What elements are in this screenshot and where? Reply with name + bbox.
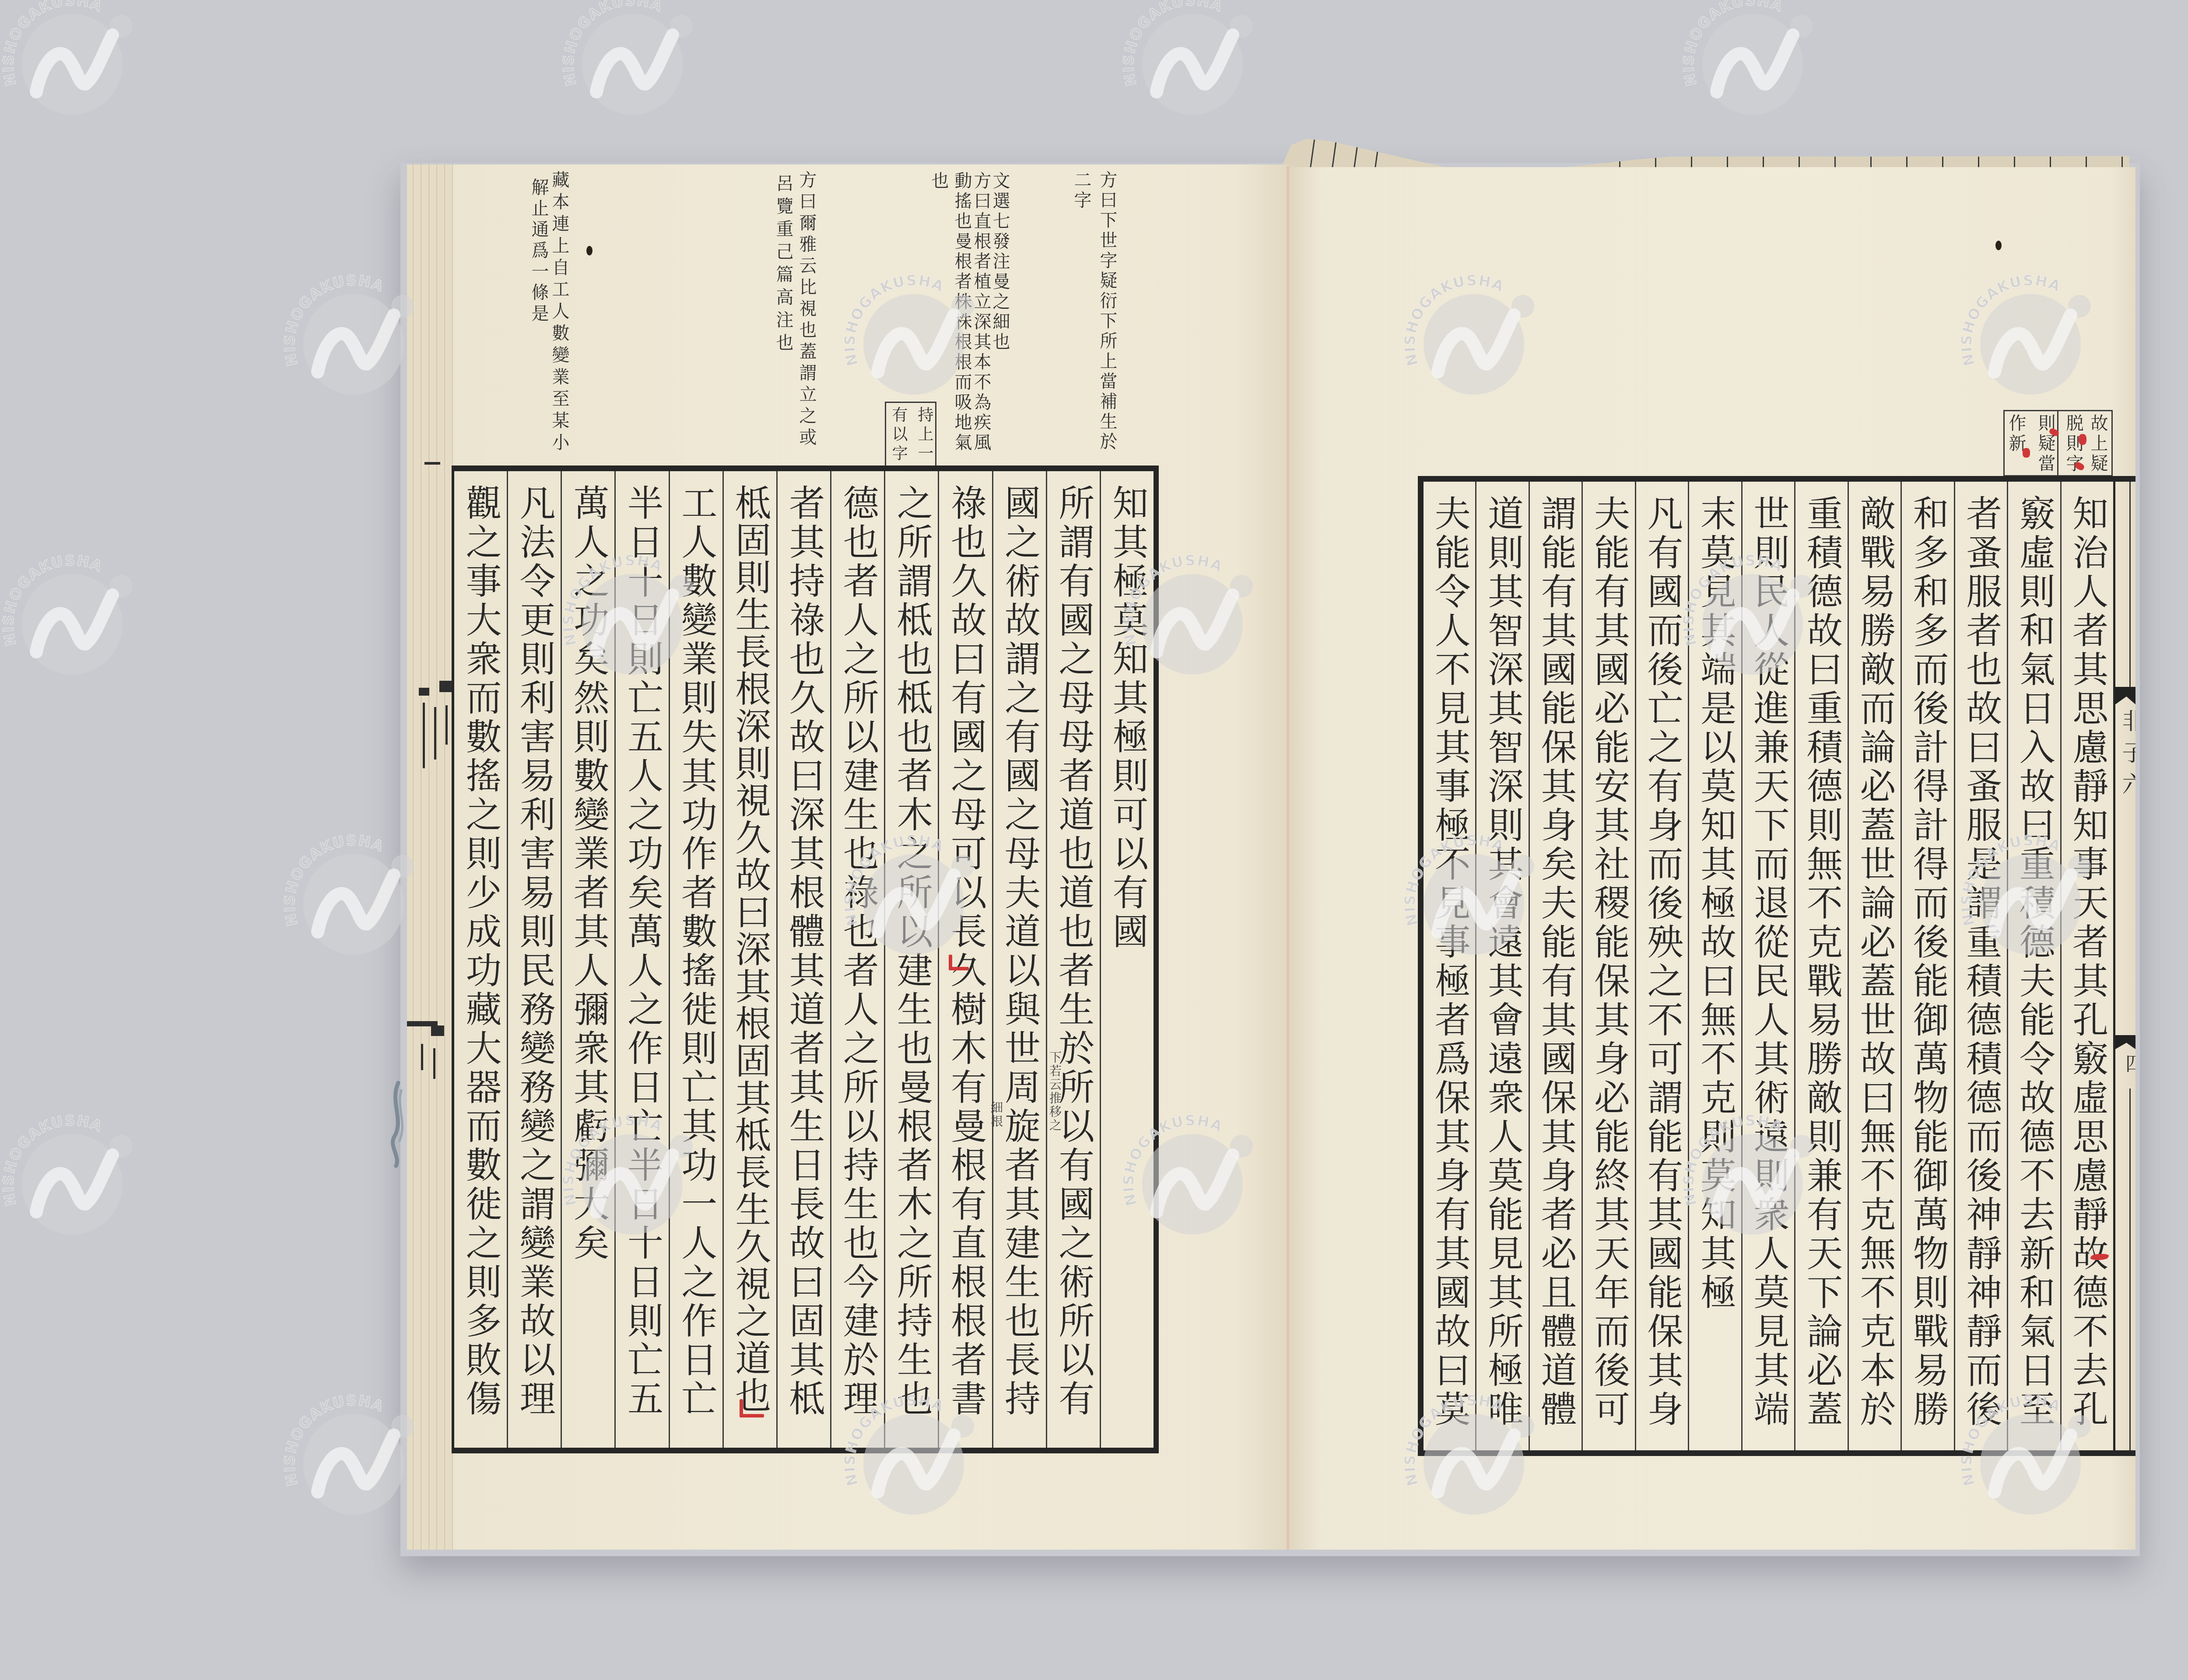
column-text: 重積德故曰重積德則無不克戰易勝敵則兼有天下論必蓋: [1803, 482, 1839, 1429]
column-text: 柢固則生長根深則視久故曰深其根固其柢長生久視之道也: [732, 471, 768, 1414]
right-column-8: 末莫見其端是以莫知其極故曰無不克則莫知其極: [1688, 482, 1741, 1450]
left-column-8: 柢固則生長根深則視久故曰深其根固其柢長生久視之道也: [722, 471, 776, 1448]
headnote-column: 也: [930, 171, 947, 192]
fold-margin-leaf-number: 四: [2123, 1053, 2135, 1073]
column-text: 和多和多而後計得計得而後能御萬物能御萬物則戰易勝: [1910, 482, 1946, 1429]
red-correction-mark: [740, 1414, 764, 1417]
banxin-text-mark: [434, 707, 436, 759]
watermark-logo: [560, 0, 693, 115]
column-text: 敵戰易勝敵而論必蓋世論必蓋世故曰無不克無不克本於: [1857, 482, 1893, 1429]
banxin-text-mark: [445, 705, 448, 745]
left-column-13: 觀之事大衆而數搖之則少成功藏大器而數徙之則多敗傷: [454, 471, 507, 1448]
interlinear-note: 下若云推移之: [1048, 1051, 1061, 1132]
right-column-4: 和多和多而後計得計得而後能御萬物能御萬物則戰易勝: [1900, 482, 1953, 1450]
column-text: 半日十日則亡五人之功矣萬人之作日亡半日十日則亡五: [624, 471, 660, 1419]
fishtail-mark: [419, 688, 429, 696]
watermark-logo: [1120, 0, 1253, 115]
watermark-logo: [1680, 0, 1813, 115]
headnote-column: 動搖也曼根者株株根根而吸地氣: [953, 171, 971, 453]
column-text: 所謂有國之母母者道也道也者生於所以有國之術所以有: [1055, 471, 1091, 1419]
right-text-frame: 知治人者其思慮靜知事天者其孔竅虛思慮靜故德不去孔 竅虛則和氣日入故曰重積德夫能令…: [1418, 476, 2115, 1456]
torn-leaf-corner: [1281, 133, 1443, 170]
ruled-line: [1332, 137, 1337, 168]
fold-margin-title: 非子六: [2120, 709, 2135, 804]
fishtail-mark: [431, 1025, 444, 1036]
right-column-3: 者蚤服者也故曰蚤服是謂重積德積德而後神靜神靜而後: [1954, 482, 2007, 1450]
red-correction-mark: [949, 967, 969, 970]
banxin-text-mark: [421, 1044, 423, 1070]
watermark-logo: [0, 1112, 133, 1235]
headnote-column: 則疑當: [2037, 414, 2054, 474]
left-column-2: 所謂有國之母母者道也道也者生於所以有國之術所以有: [1046, 471, 1100, 1448]
column-text: 謂能有其國能保其身矣夫能有其國保其身者必且體道體: [1538, 482, 1574, 1429]
column-text: 工人數變業則失其功作者數搖徙則亡其功一人之作日亡: [678, 471, 714, 1419]
headnote-column: 藏本連上自工人數變業至某小: [551, 171, 568, 455]
right-column-13: 夫能令人不見其事極不見事極者爲保其身有其國故曰莫: [1424, 482, 1475, 1450]
banxin-text-mark: [423, 703, 425, 768]
headnote-column: 有以字: [891, 406, 906, 464]
fishtail-mark: [2115, 1035, 2135, 1049]
column-text: 萬人之功矣然則數變業者其人彌衆其虧彌大矣: [570, 471, 606, 1263]
ruled-line: [1375, 137, 1380, 168]
fishtail-mark: [439, 681, 452, 692]
right-column-11: 謂能有其國能保其身矣夫能有其國保其身者必且體道體: [1529, 482, 1581, 1450]
left-column-6: 德也者人之所以建生也祿也者人之所以持生也今建於理: [830, 471, 884, 1448]
column-text: 知治人者其思慮靜知事天者其孔竅虛思慮靜故德不去孔: [2069, 482, 2105, 1429]
box-divider: [2057, 411, 2058, 475]
column-text: 觀之事大衆而數搖之則少成功藏大器而數徙之則多敗傷: [463, 471, 498, 1419]
ruled-line: [1353, 137, 1359, 168]
headnote-column: 文選七發注曼之細也: [991, 171, 1009, 353]
left-column-11: 萬人之功矣然則數變業者其人彌衆其虧彌大矣: [561, 471, 614, 1448]
left-text-frame: 知其極莫知其極則可以有國 所謂有國之母母者道也道也者生於所以有國之術所以有 國之…: [452, 465, 1159, 1453]
headnote-column: 解止通爲一條是: [530, 178, 547, 325]
leaf-stack-edges: [407, 164, 453, 1550]
column-text: 知其極莫知其極則可以有國: [1109, 471, 1145, 952]
boxed-headnote: 持上一 有以字: [885, 402, 936, 467]
red-correction-mark: [2023, 448, 2030, 458]
column-text: 國之術故謂之有國之母夫道以與世周旋者其建生也長持: [1002, 471, 1038, 1419]
fishtail-mark: [424, 462, 440, 465]
left-column-3: 國之術故謂之有國之母夫道以與世周旋者其建生也長持: [992, 471, 1046, 1448]
boxed-headnote: 故上疑 脱則字 則疑當 作新: [2003, 410, 2113, 476]
banxin-line: [2129, 482, 2131, 687]
left-column-10: 半日十日則亡五人之功矣萬人之作日亡半日十日則亡五: [614, 471, 668, 1448]
headnote-column: 方曰下世字疑衍下所上當補生於: [1098, 171, 1116, 452]
left-column-1: 知其極莫知其極則可以有國: [1100, 471, 1154, 1448]
right-column-12: 道則其智深其智深則其會遠其會遠衆人莫能見其所極唯: [1475, 482, 1528, 1450]
fold-margin: 非子六 四: [2115, 476, 2135, 1456]
headnote-column: 故上疑: [2089, 414, 2107, 474]
right-column-6: 重積德故曰重積德則無不克戰易勝敵則兼有天下論必蓋: [1794, 482, 1847, 1450]
banxin-text-mark: [433, 1048, 435, 1079]
right-column-1: 知治人者其思慮靜知事天者其孔竅虛思慮靜故德不去孔: [2060, 482, 2113, 1450]
watermark-logo: [281, 272, 414, 395]
interlinear-note: 細根: [990, 1101, 1002, 1128]
gutter-fold: [1287, 166, 1289, 1550]
right-column-5: 敵戰易勝敵而論必蓋世論必蓋世故曰無不克無不克本於: [1848, 482, 1900, 1450]
left-column-4: 祿也久故曰有國之母可以長久樹木有曼根有直根根者書: [938, 471, 992, 1448]
frame-top-bar: [2115, 476, 2135, 482]
column-text: 者蚤服者也故曰蚤服是謂重積德積德而後神靜神靜而後: [1963, 482, 1999, 1429]
binding-thread: [381, 1081, 416, 1168]
left-column-9: 工人數變業則失其功作者數搖徙則亡其功一人之作日亡: [669, 471, 722, 1448]
column-text: 凡有國而後亡之有身而後殃之不可謂能有其國能保其身: [1644, 482, 1680, 1429]
headnote-column: 作新: [2007, 414, 2025, 454]
column-text: 之所謂柢也柢也者木之所以建生也曼根者木之所持生也: [894, 471, 929, 1419]
left-column-7: 者其持祿也久故曰深其根體其道者其生日長故曰固其柢: [776, 471, 830, 1448]
headnote-column: 持上一: [916, 406, 932, 464]
ruled-line: [1310, 137, 1315, 168]
column-text: 夫能有其國必能安其社稷能保其身必能終其天年而後可: [1591, 482, 1627, 1429]
column-text: 道則其智深其智深則其會遠其會遠衆人莫能見其所極唯: [1485, 482, 1521, 1429]
column-text: 末莫見其端是以莫知其極故曰無不克則莫知其極: [1697, 482, 1733, 1312]
watermark-logo: [0, 0, 133, 115]
left-column-12: 凡法令更則利害易利害易則民務變務變之謂變業故以理: [507, 471, 561, 1448]
column-text: 祿也久故曰有國之母可以長久樹木有曼根有直根根者書: [947, 471, 983, 1419]
column-text: 世則民人從進兼天下而退從民人其術遠則衆人莫見其端: [1750, 482, 1786, 1429]
banxin-line: [2129, 1088, 2131, 1450]
ink-dot: [1995, 241, 2002, 250]
headnote-column: 方曰爾雅云比視也蓋謂立之或: [798, 171, 815, 449]
fishtail-mark: [2115, 687, 2135, 704]
watermark-logo: [0, 552, 133, 675]
frame-bottom-bar: [2115, 1450, 2135, 1456]
column-text: 凡法令更則利害易利害易則民務變務變之謂變業故以理: [516, 471, 552, 1419]
ink-dot: [586, 246, 593, 255]
red-correction-mark: [2079, 434, 2086, 445]
headnote-column: 二字: [1073, 171, 1090, 211]
watermark-logo: [281, 1392, 414, 1515]
column-text: 德也者人之所以建生也祿也者人之所以持生也今建於理: [840, 471, 876, 1419]
right-column-2: 竅虛則和氣日入故曰重積德夫能令故德不去新和氣日至: [2007, 482, 2060, 1450]
watermark-logo: [281, 832, 414, 955]
right-column-7: 世則民人從進兼天下而退從民人其術遠則衆人莫見其端: [1741, 482, 1794, 1450]
column-text: 竅虛則和氣日入故曰重積德夫能令故德不去新和氣日至: [2016, 482, 2052, 1429]
headnote-column: 呂覽重己篇高注也: [775, 174, 792, 356]
column-text: 夫能令人不見其事極不見事極者爲保其身有其國故曰莫: [1431, 482, 1467, 1429]
left-column-5: 之所謂柢也柢也者木之所以建生也曼根者木之所持生也: [884, 471, 938, 1448]
right-column-10: 夫能有其國必能安其社稷能保其身必能終其天年而後可: [1581, 482, 1634, 1450]
column-text: 者其持祿也久故曰深其根體其道者其生日長故曰固其柢: [786, 471, 822, 1419]
right-column-9: 凡有國而後亡之有身而後殃之不可謂能有其國能保其身: [1635, 482, 1688, 1450]
headnote-column: 方曰直根者植立深其本不為疾風: [972, 171, 990, 453]
